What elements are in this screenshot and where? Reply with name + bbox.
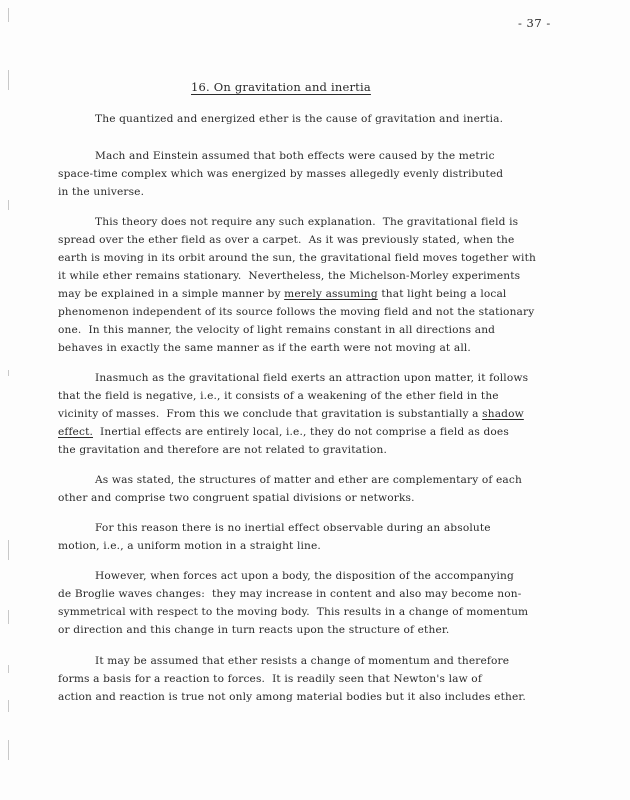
- paragraph-line: symmetrical with respect to the moving b…: [58, 606, 528, 618]
- paragraph-line: This theory does not require any such ex…: [95, 216, 518, 228]
- text-run: Inertial effects are entirely local, i.e…: [93, 426, 509, 438]
- underlined-phrase: shadow: [482, 408, 524, 420]
- text-run: that light being a local: [378, 288, 507, 300]
- paragraph-line: earth is moving in its orbit around the …: [58, 252, 536, 264]
- paragraph-line: it while ether remains stationary. Never…: [58, 270, 520, 282]
- paragraph-line: Mach and Einstein assumed that both effe…: [95, 150, 495, 162]
- document-page: - 37 - 16. On gravitation and inertia Th…: [0, 0, 630, 800]
- paragraph-line: It may be assumed that ether resists a c…: [95, 655, 509, 667]
- paragraph-line: one. In this manner, the velocity of lig…: [58, 324, 495, 336]
- scan-margin-marks: [4, 0, 18, 800]
- page-number: - 37 -: [518, 16, 551, 30]
- paragraph-line: effect. Inertial effects are entirely lo…: [58, 426, 509, 438]
- paragraph-line: Inasmuch as the gravitational field exer…: [95, 372, 528, 384]
- paragraph-line: phenomenon independent of its source fol…: [58, 306, 534, 318]
- paragraph-line: The quantized and energized ether is the…: [95, 113, 503, 125]
- paragraph-line: motion, i.e., a uniform motion in a stra…: [58, 540, 321, 552]
- underlined-phrase: merely assuming: [284, 288, 378, 300]
- paragraph-line: behaves in exactly the same manner as if…: [58, 342, 471, 354]
- paragraph-line: As was stated, the structures of matter …: [95, 474, 522, 486]
- underlined-phrase: effect.: [58, 426, 93, 438]
- paragraph-line: For this reason there is no inertial eff…: [95, 522, 491, 534]
- paragraph-line: spread over the ether field as over a ca…: [58, 234, 514, 246]
- paragraph-line: vicinity of masses. From this we conclud…: [58, 408, 524, 420]
- paragraph-line: may be explained in a simple manner by m…: [58, 288, 506, 300]
- paragraph-line: that the field is negative, i.e., it con…: [58, 390, 499, 402]
- paragraph-line: other and comprise two congruent spatial…: [58, 492, 415, 504]
- paragraph-line: forms a basis for a reaction to forces. …: [58, 673, 482, 685]
- paragraph-line: action and reaction is true not only amo…: [58, 691, 526, 703]
- section-title: 16. On gravitation and inertia: [191, 80, 371, 94]
- text-run: vicinity of masses. From this we conclud…: [58, 408, 482, 420]
- paragraph-line: or direction and this change in turn rea…: [58, 624, 449, 636]
- paragraph-line: space-time complex which was energized b…: [58, 168, 503, 180]
- paragraph-line: the gravitation and therefore are not re…: [58, 444, 387, 456]
- paragraph-line: de Broglie waves changes: they may incre…: [58, 588, 521, 600]
- text-run: may be explained in a simple manner by: [58, 288, 284, 300]
- paragraph-line: However, when forces act upon a body, th…: [95, 570, 514, 582]
- paragraph-line: in the universe.: [58, 186, 144, 198]
